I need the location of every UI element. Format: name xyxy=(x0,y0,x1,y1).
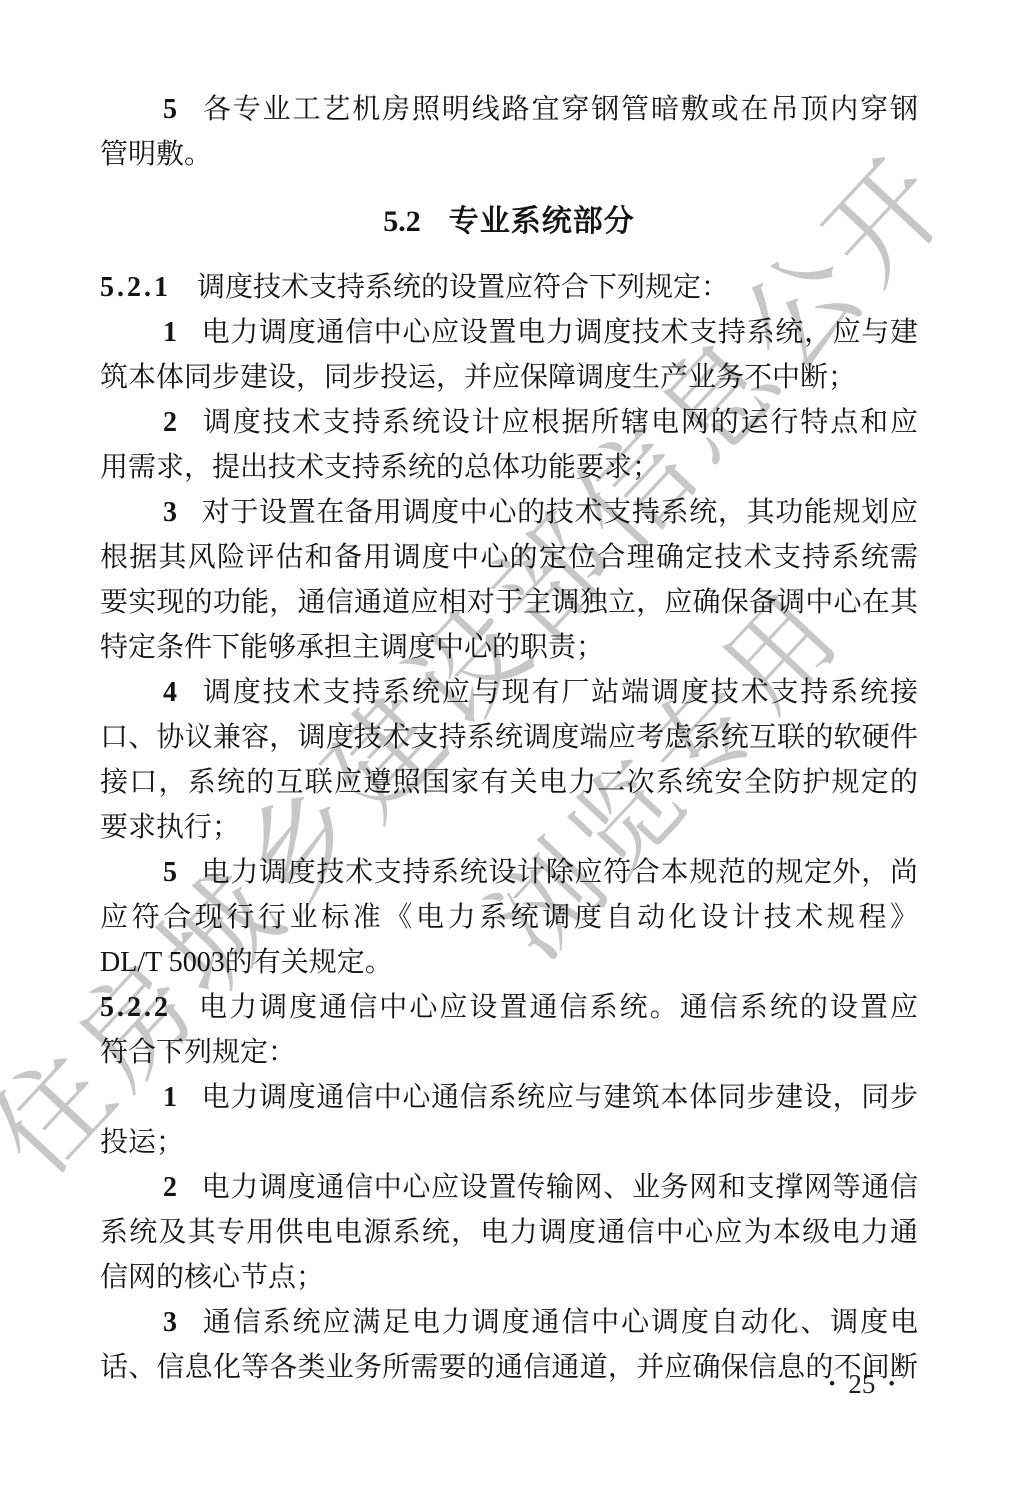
page-number-value: 25 xyxy=(848,1369,875,1399)
text-line: DL/T 5003的有关规定。 xyxy=(100,940,918,985)
text-line: 话、信息化等各类业务所需要的通信通道，并应确保信息的不间断 xyxy=(100,1345,918,1390)
section-heading-number: 5.2 xyxy=(383,205,421,238)
text-line: 用需求，提出技术支持系统的总体功能要求； xyxy=(100,445,918,490)
text-line: 要实现的功能，通信通道应相对于主调独立，应确保备调中心在其 xyxy=(100,580,918,625)
page-number: •25• xyxy=(829,1369,895,1400)
section-heading: 5.2专业系统部分 xyxy=(100,199,918,244)
item-number: 1 xyxy=(163,317,177,348)
text-line: 口、协议兼容，调度技术支持系统调度端应考虑系统互联的软硬件 xyxy=(100,715,918,760)
text-line: 符合下列规定： xyxy=(100,1030,918,1075)
document-page: 住房城乡建设部信息公开 浏览专用 5各专业工艺机房照明线路宜穿钢管暗敷或在吊顶内… xyxy=(0,0,1023,1496)
text-line: 4调度技术支持系统应与现有厂站端调度技术支持系统接 xyxy=(100,670,918,715)
clause-number: 5.2.1 xyxy=(100,272,171,303)
section-heading-title: 专业系统部分 xyxy=(449,205,635,238)
page-number-left-dot: • xyxy=(829,1374,836,1395)
text-line: 信网的核心节点； xyxy=(100,1255,918,1300)
item-number: 3 xyxy=(163,497,177,528)
text-line: 投运； xyxy=(100,1120,918,1165)
text-line: 2电力调度通信中心应设置传输网、业务网和支撑网等通信 xyxy=(100,1165,918,1210)
item-number: 2 xyxy=(163,407,177,438)
paragraph-before-heading: 5各专业工艺机房照明线路宜穿钢管暗敷或在吊顶内穿钢管明敷。 xyxy=(100,87,918,177)
text-line: 筑本体同步建设，同步投运，并应保障调度生产业务不中断； xyxy=(100,355,918,400)
item-number: 5 xyxy=(163,94,177,125)
item-number: 5 xyxy=(163,857,177,888)
text-line: 5.2.1调度技术支持系统的设置应符合下列规定： xyxy=(100,265,918,310)
text-line: 接口，系统的互联应遵照国家有关电力二次系统安全防护规定的 xyxy=(100,760,918,805)
item-number: 4 xyxy=(163,677,177,708)
text-line: 3通信系统应满足电力调度通信中心调度自动化、调度电 xyxy=(100,1300,918,1345)
item-number: 1 xyxy=(163,1082,177,1113)
text-line: 5各专业工艺机房照明线路宜穿钢管暗敷或在吊顶内穿钢 xyxy=(100,87,918,132)
text-line: 系统及其专用供电电源系统，电力调度通信中心应为本级电力通 xyxy=(100,1210,918,1255)
text-line: 5.2.2电力调度通信中心应设置通信系统。通信系统的设置应 xyxy=(100,985,918,1030)
text-line: 要求执行； xyxy=(100,805,918,850)
text-line: 根据其风险评估和备用调度中心的定位合理确定技术支持系统需 xyxy=(100,535,918,580)
clause-number: 5.2.2 xyxy=(100,992,171,1023)
text-line: 1电力调度通信中心通信系统应与建筑本体同步建设，同步 xyxy=(100,1075,918,1120)
section-body-text: 5.2.1调度技术支持系统的设置应符合下列规定：1电力调度通信中心应设置电力调度… xyxy=(100,265,918,1390)
item-number: 2 xyxy=(163,1172,177,1203)
item-number: 3 xyxy=(163,1307,177,1338)
page-number-right-dot: • xyxy=(888,1374,895,1395)
text-line: 应符合现行行业标准《电力系统调度自动化设计技术规程》 xyxy=(100,895,918,940)
text-line: 2调度技术支持系统设计应根据所辖电网的运行特点和应 xyxy=(100,400,918,445)
text-line: 管明敷。 xyxy=(100,132,918,177)
text-line: 1电力调度通信中心应设置电力调度技术支持系统，应与建 xyxy=(100,310,918,355)
text-line: 特定条件下能够承担主调度中心的职责； xyxy=(100,625,918,670)
text-line: 5电力调度技术支持系统设计除应符合本规范的规定外，尚 xyxy=(100,850,918,895)
text-line: 3对于设置在备用调度中心的技术支持系统，其功能规划应 xyxy=(100,490,918,535)
document-text-column: 5各专业工艺机房照明线路宜穿钢管暗敷或在吊顶内穿钢管明敷。 5.2专业系统部分 … xyxy=(100,87,918,1390)
